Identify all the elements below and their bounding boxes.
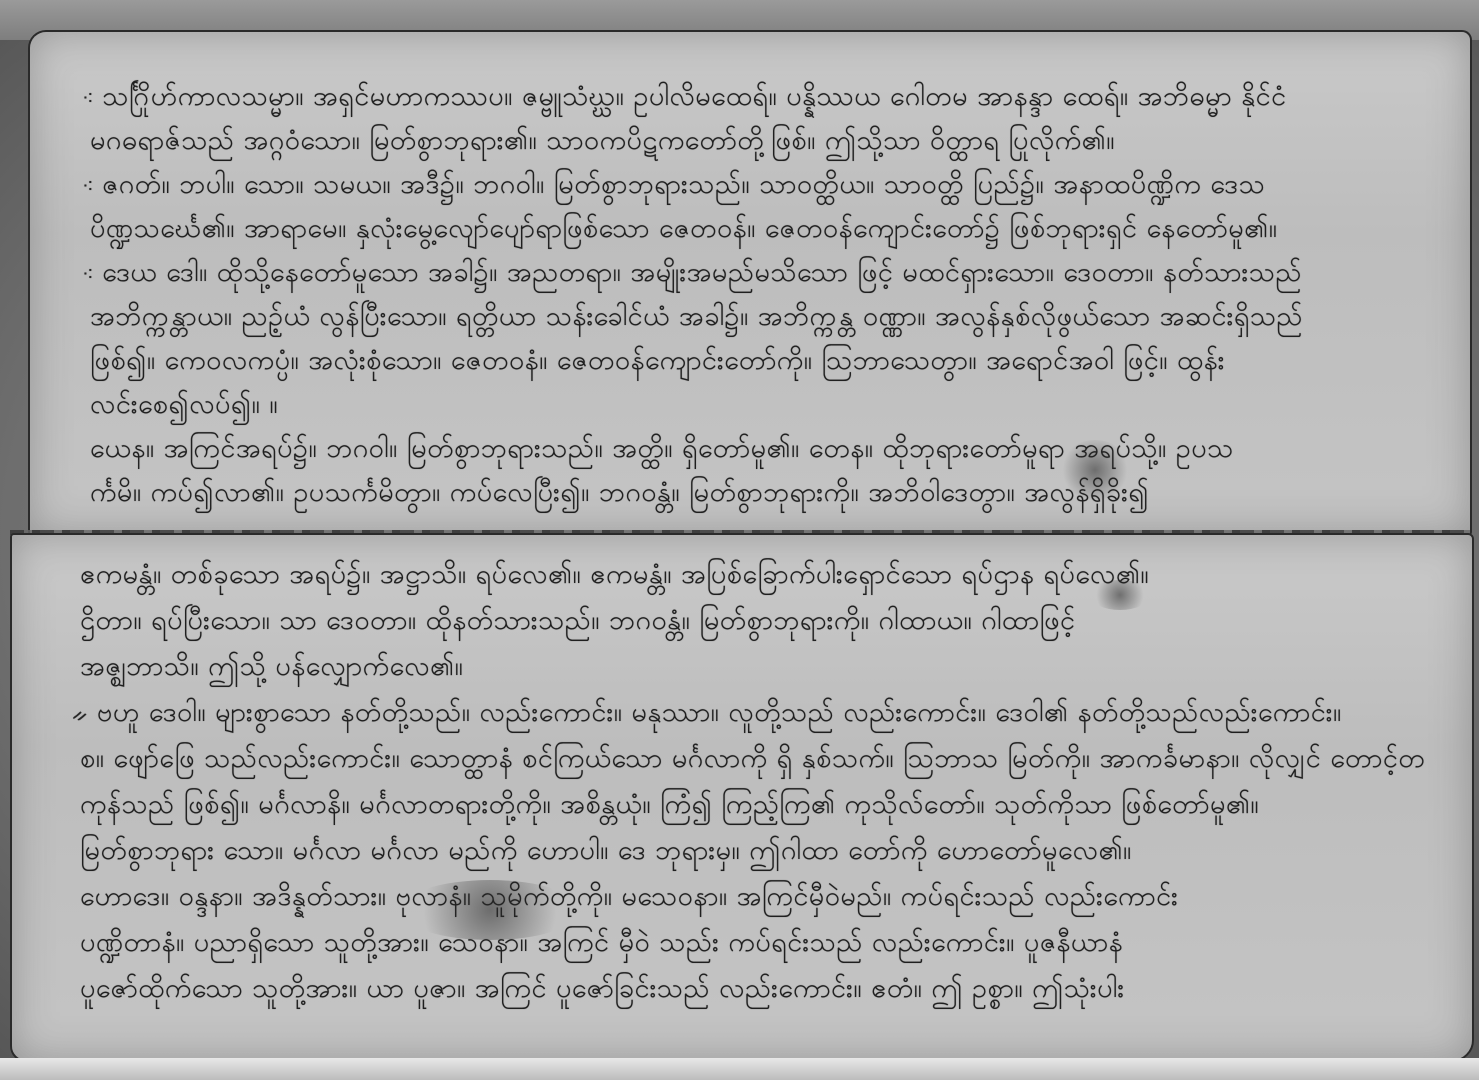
- manuscript-text-line: ဌိတာ။ ရပ်ပြီးသော။ သာ ဒေဝတာ။ ထိုနတ်သားသည်…: [72, 601, 1442, 642]
- manuscript-text-line: အဇ္ဈဘာသိ။ ဤသို့ ပန်လျှောက်လေ၏။: [72, 647, 1442, 688]
- section-marker-icon: ⁖: [82, 262, 94, 286]
- manuscript-text-line: ⁖ဇဂတ်။ ဘပါ။ သော။ သမယ။ အဒီ၌။ ဘဂဝါ။ မြတ်စွ…: [82, 165, 1452, 206]
- manuscript-leaf-top: ⁖သင်္ဂြိုဟ်ကာလသမ္မာ။ အရှင်မဟာကဿပ။ ဇမ္ဗူသ…: [28, 30, 1472, 536]
- manuscript-text: ပူဇော်ထိုက်သော သူတို့အား။ ယာ ပူဇာ။ အကြင်…: [80, 973, 1125, 1004]
- section-marker-icon: ⁖: [82, 174, 94, 198]
- manuscript-text-line: ပဏ္ဍိတာနံ။ ပညာရှိသော သူတို့အား။ သေဝနာ။ အ…: [72, 923, 1442, 964]
- manuscript-text: စ။ ဖျော်ဖြေ သည်လည်းကောင်း။ သောတ္ထာနံ စင်…: [80, 743, 1425, 774]
- manuscript-text: ဗဟူ ဒေဝါ။ များစွာသော နတ်တို့သည်။ လည်းကော…: [97, 697, 1342, 728]
- manuscript-text: င်္ကမိ။ ကပ်၍လာ၏။ ဥပသင်္ကမိတွာ။ ကပ်လေပြီး…: [90, 477, 1149, 508]
- manuscript-text-line: ပိဏ္ဍသင်္ဃေ၏။ အာရာမေ။ နှလုံးမွေ့လျော်ပျေ…: [82, 209, 1452, 250]
- manuscript-text: ကုန်သည် ဖြစ်၍။ မင်္ဂလာနိ။ မင်္ဂလာတရားတို…: [80, 789, 1259, 820]
- manuscript-text-line: လင်းစေ၍လပ်၍။ ။: [82, 385, 1452, 426]
- manuscript-text-line: ကုန်သည် ဖြစ်၍။ မင်္ဂလာနိ။ မင်္ဂလာတရားတို…: [72, 785, 1442, 826]
- photo-bottom-edge: [0, 1058, 1479, 1080]
- manuscript-text: ပိဏ္ဍသင်္ဃေ၏။ အာရာမေ။ နှလုံးမွေ့လျော်ပျေ…: [90, 213, 1277, 244]
- manuscript-text: ဟောဒေ။ ဝန္ဒနာ။ အဒိန္နတ်သား။ ဗုလာနံ။ သူမိ…: [80, 881, 1178, 912]
- manuscript-text: ဧကမန္တံ။ တစ်ခုသော အရပ်၌။ အဋ္ဌာသိ။ ရပ်လေ၏…: [80, 559, 1149, 590]
- manuscript-text: ဇဂတ်။ ဘပါ။ သော။ သမယ။ အဒီ၌။ ဘဂဝါ။ မြတ်စွာ…: [102, 169, 1265, 200]
- manuscript-text: မဂဓရာဇ်သည် အဂ္ဂဝံသော။ မြတ်စွာဘုရား၏။ သာဝ…: [90, 125, 1115, 156]
- manuscript-text-line: ပူဇော်ထိုက်သော သူတို့အား။ ယာ ပူဇာ။ အကြင်…: [72, 969, 1442, 1010]
- manuscript-text: ဒေယ ဒေါ။ ထိုသို့နေတော်မူသော အခါ၌။ အညတရာ။…: [102, 257, 1302, 288]
- stain-mark: [400, 880, 580, 940]
- manuscript-text-line: မြတ်စွာဘုရား သော။ မင်္ဂလာ မင်္ဂလာ မည်ကို…: [72, 831, 1442, 872]
- manuscript-text-line: ဧကမန္တံ။ တစ်ခုသော အရပ်၌။ အဋ္ဌာသိ။ ရပ်လေ၏…: [72, 555, 1442, 596]
- manuscript-text: ဖြစ်၍။ ကေဝလကပ္ပံ။ အလုံးစုံသော။ ဇေတဝနံ။ ဇ…: [90, 345, 1225, 376]
- manuscript-text: သင်္ဂြိုဟ်ကာလသမ္မာ။ အရှင်မဟာကဿပ။ ဇမ္ဗူသံ…: [102, 81, 1286, 112]
- manuscript-text-line: င်္ကမိ။ ကပ်၍လာ၏။ ဥပသင်္ကမိတွာ။ ကပ်လေပြီး…: [82, 473, 1452, 514]
- manuscript-text-line: မဂဓရာဇ်သည် အဂ္ဂဝံသော။ မြတ်စွာဘုရား၏။ သာဝ…: [82, 121, 1452, 162]
- manuscript-text: အဇ္ဈဘာသိ။ ဤသို့ ပန်လျှောက်လေ၏။: [80, 651, 463, 682]
- manuscript-text-line: ဖြစ်၍။ ကေဝလကပ္ပံ။ အလုံးစုံသော။ ဇေတဝနံ။ ဇ…: [82, 341, 1452, 382]
- manuscript-leaf-bottom: ဧကမန္တံ။ တစ်ခုသော အရပ်၌။ အဋ္ဌာသိ။ ရပ်လေ၏…: [10, 533, 1474, 1062]
- manuscript-text-line: ⁖ဒေယ ဒေါ။ ထိုသို့နေတော်မူသော အခါ၌။ အညတရာ…: [82, 253, 1452, 294]
- manuscript-text-line: စ။ ဖျော်ဖြေ သည်လည်းကောင်း။ သောတ္ထာနံ စင်…: [72, 739, 1442, 780]
- manuscript-text-line: ယေန။ အကြင်အရပ်၌။ ဘဂဝါ။ မြတ်စွာဘုရားသည်။ …: [82, 429, 1452, 470]
- manuscript-text: ပဏ္ဍိတာနံ။ ပညာရှိသော သူတို့အား။ သေဝနာ။ အ…: [80, 927, 1123, 958]
- manuscript-text: အဘိက္ကန္တာယ။ ညဉ့်ယံ လွန်ပြီးသော။ ရတ္တိယာ…: [90, 301, 1303, 332]
- stain-mark: [1090, 580, 1150, 610]
- manuscript-text-line: ဟောဒေ။ ဝန္ဒနာ။ အဒိန္နတ်သား။ ဗုလာနံ။ သူမိ…: [72, 877, 1442, 918]
- stain-mark: [1060, 440, 1130, 500]
- manuscript-text: မြတ်စွာဘုရား သော။ မင်္ဂလာ မင်္ဂလာ မည်ကို…: [80, 835, 1132, 866]
- manuscript-text-line: ᨀဗဟူ ဒေဝါ။ များစွာသော နတ်တို့သည်။ လည်းကေ…: [72, 693, 1442, 734]
- section-marker-icon: ⁖: [82, 86, 94, 110]
- manuscript-text-line: ⁖သင်္ဂြိုဟ်ကာလသမ္မာ။ အရှင်မဟာကဿပ။ ဇမ္ဗူသ…: [82, 77, 1452, 118]
- manuscript-text-line: အဘိက္ကန္တာယ။ ညဉ့်ယံ လွန်ပြီးသော။ ရတ္တိယာ…: [82, 297, 1452, 338]
- manuscript-text: လင်းစေ၍လပ်၍။ ။: [90, 389, 278, 420]
- manuscript-text: ဌိတာ။ ရပ်ပြီးသော။ သာ ဒေဝတာ။ ထိုနတ်သားသည်…: [80, 605, 1076, 636]
- section-marker-icon: ᨀ: [72, 702, 89, 726]
